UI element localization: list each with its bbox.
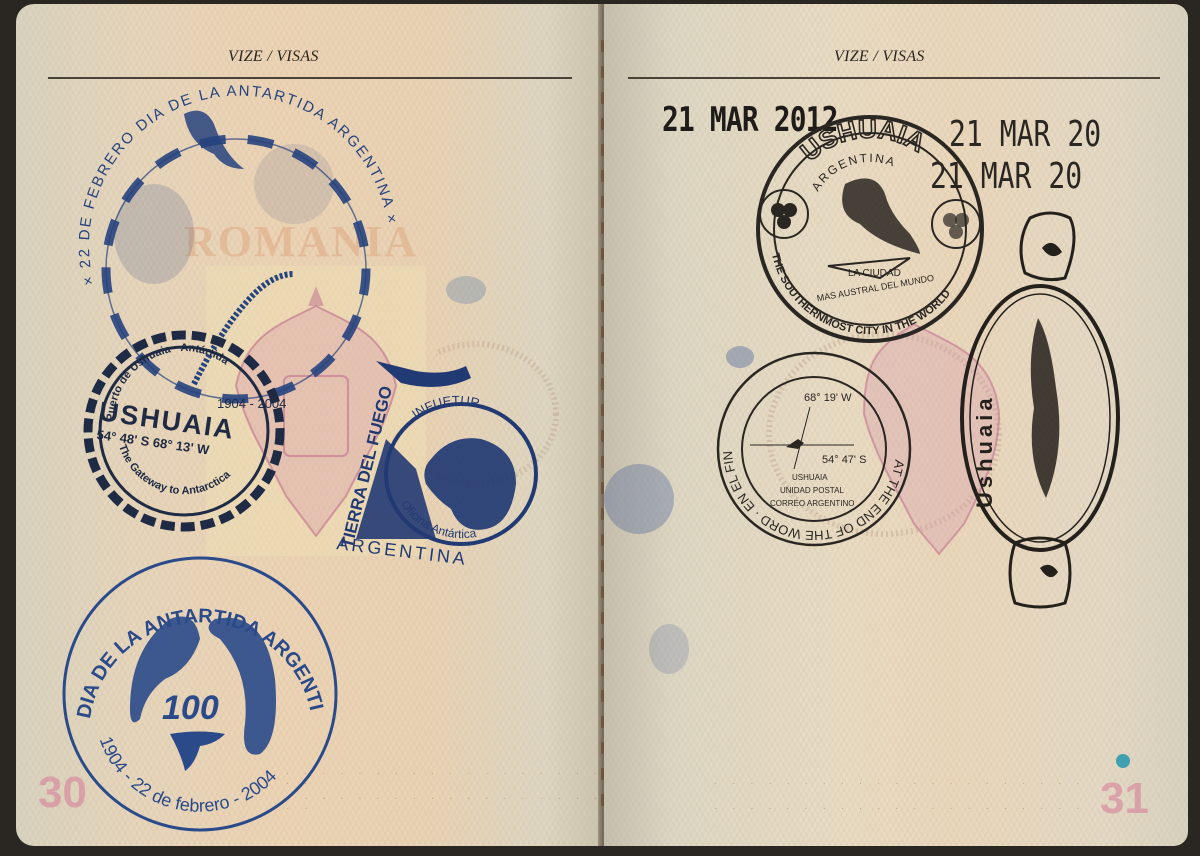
page-header: VIZE / VISAS (228, 48, 319, 66)
spine-stitch (601, 326, 604, 338)
spine-stitch (601, 612, 604, 624)
spine-stitch (601, 794, 604, 806)
spine-stitch (601, 92, 604, 104)
passport-spread: VIZE / VISAS ROMANIA × 22 DE FEBRERO DIA… (0, 0, 1200, 856)
svg-text:UNIDAD POSTAL: UNIDAD POSTAL (780, 486, 844, 495)
ink-smudge (604, 464, 674, 534)
perforation-dots: · · · · · · · · · · · · · · · · · · · · … (714, 804, 1086, 814)
header-rule (48, 77, 572, 79)
spine-stitch (601, 274, 604, 286)
spine-stitch (601, 664, 604, 676)
spine-stitch (601, 560, 604, 572)
spine-stitch (601, 716, 604, 728)
svg-text:54° 47' S: 54° 47' S (822, 454, 866, 466)
header-rule (628, 77, 1160, 79)
spine-stitch (601, 66, 604, 78)
svg-text:100: 100 (162, 689, 219, 727)
page-number: 30 (38, 768, 87, 818)
ushuaia-oval-stamp: Ushuaia (940, 208, 1120, 618)
spine-stitch (601, 508, 604, 520)
ink-smudge (649, 624, 689, 674)
spine-stitch (601, 144, 604, 156)
spine-stitch (601, 378, 604, 390)
spine-stitch (601, 482, 604, 494)
ink-dot (1116, 754, 1130, 768)
spine-stitch (601, 430, 604, 442)
perforation-dots: · · · · · · · · · · · · · · · · · · · · (286, 769, 604, 789)
spine-stitch (601, 40, 604, 52)
ink-smudge (726, 346, 754, 368)
svg-text:Ushuaia: Ushuaia (972, 394, 997, 508)
ink-smudge (446, 276, 486, 304)
spine-stitch (601, 534, 604, 546)
perforation-dots: · · · · · · · · · · · · · · · · · · · · … (714, 779, 1086, 789)
spine-stitch (601, 742, 604, 754)
spine-stitch (601, 300, 604, 312)
fin-del-mundo-postal-stamp: AT THE END OF THE WORD · EN EL FIN DEL M… (714, 349, 914, 549)
spine-stitch (601, 638, 604, 650)
spine-stitch (601, 456, 604, 468)
spine-stitch (601, 768, 604, 780)
spine-stitch (601, 248, 604, 260)
page-header: VIZE / VISAS (834, 48, 925, 66)
spine-stitch (601, 352, 604, 364)
right-page: VIZE / VISAS 21 MAR 2012 21 MAR 20 21 MA… (604, 4, 1188, 846)
svg-text:USHUAIA: USHUAIA (792, 473, 828, 482)
ushuaia-gateway-stamp: Puerto de Ushuaia · Antártida 1904 - 200… (74, 326, 294, 536)
svg-text:INFUETUR: INFUETUR (409, 393, 481, 422)
spine-stitch (601, 690, 604, 702)
svg-text:1904 - 2004: 1904 - 2004 (217, 396, 286, 411)
spine-stitch (601, 404, 604, 416)
spine-stitch (601, 222, 604, 234)
svg-text:CORREO ARGENTINO: CORREO ARGENTINO (770, 499, 854, 508)
left-page: VIZE / VISAS ROMANIA × 22 DE FEBRERO DIA… (16, 4, 604, 846)
spine-stitch (601, 196, 604, 208)
perforation-dots: · · · · · · · · · · · · · · · · · · · · (286, 794, 604, 814)
spine-stitch (601, 586, 604, 598)
spine-stitch (601, 170, 604, 182)
spine-stitch (601, 118, 604, 130)
svg-text:LA CIUDAD: LA CIUDAD (848, 268, 901, 279)
page-number: 31 (1100, 774, 1149, 824)
svg-text:68° 19' W: 68° 19' W (804, 392, 852, 404)
